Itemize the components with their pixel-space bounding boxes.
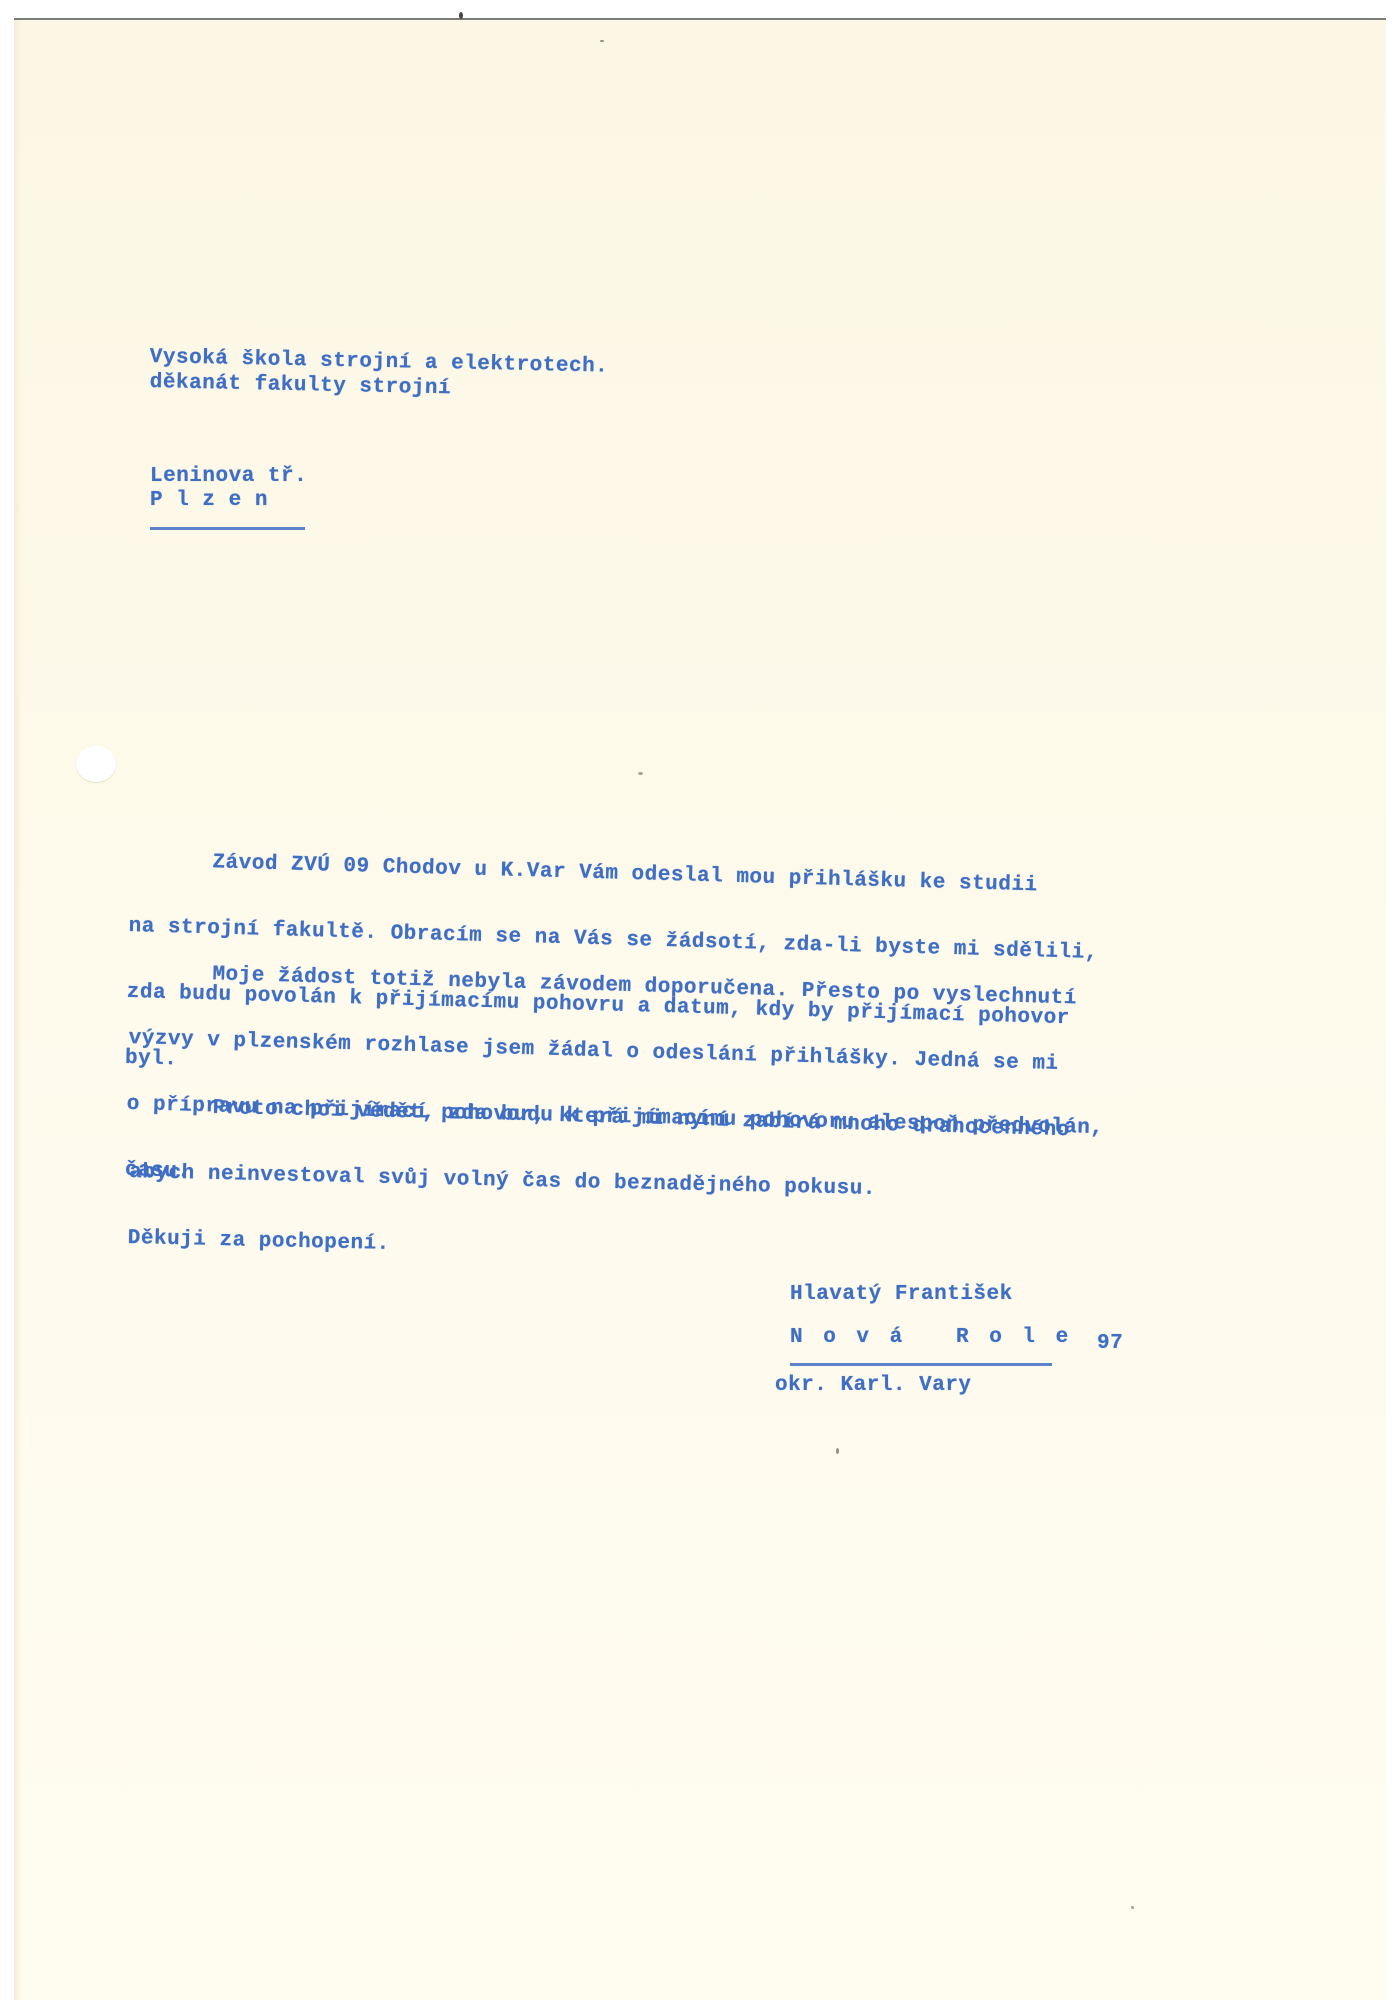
sender-underline [790,1363,1052,1366]
ink-speck [600,40,604,42]
sender-town: N o v á R o l e [790,1327,1072,1349]
sender-house-number: 97 [1097,1333,1123,1355]
body-paragraph-3: Proto chci vědět, zda budu k přijímacímu… [127,1052,1105,1294]
ink-speck [1131,1906,1134,1909]
recipient-street: Leninova tř. [150,466,307,488]
recipient-city: P l z e n [150,490,268,512]
sender-name: Hlavatý František [790,1284,1013,1306]
sender-district: okr. Karl. Vary [775,1375,972,1397]
ink-speck [638,772,643,775]
ink-speck [459,12,463,19]
body-line: Proto chci vědět, zda budu k přijímacímu… [131,1096,1104,1140]
ink-speck [836,1448,839,1454]
closing-line: Děkuji za pochopení. [128,1228,1101,1272]
recipient-underline [150,527,305,530]
body-line: Moje žádost totiž nebyla závodem doporuč… [130,962,1077,1010]
body-line: abych neinvestoval svůj volný čas do bez… [129,1162,1102,1206]
punch-hole [76,746,116,782]
body-line: Závod ZVÚ 09 Chodov u K.Var Vám odeslal … [130,850,1100,899]
